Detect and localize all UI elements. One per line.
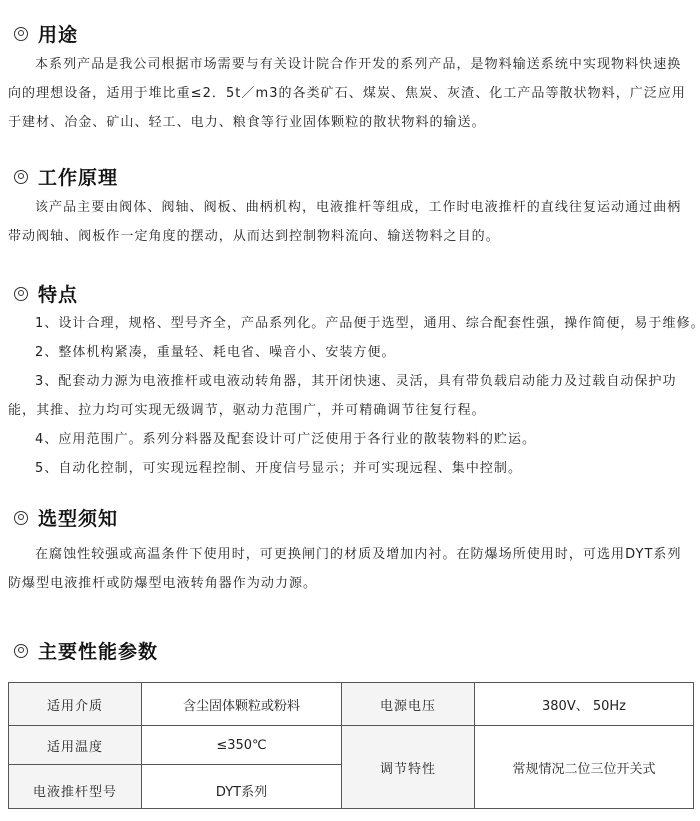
feature-item-4: 4、应用范围广。系列分料器及配套设计可广泛使用于各行业的散装物料的贮运。 — [35, 430, 536, 450]
medium-label: 适用介质 — [9, 683, 142, 726]
temperature-value: ≤350℃ — [142, 726, 342, 765]
voltage-label: 电源电压 — [342, 683, 475, 726]
selection-paragraph: 在腐蚀性较强或高温条件下使用时，可更换闸门的材质及增加内衬。在防爆场所使用时，可… — [8, 540, 692, 598]
section-title-usage: 用途 — [38, 20, 78, 47]
double-circle-icon — [14, 644, 28, 658]
principle-paragraph: 该产品主要由阀体、阀轴、阀板、曲柄机构，电液推杆等组成，工作时电液推杆的直线往复… — [8, 193, 692, 251]
section-title-selection: 选型须知 — [38, 504, 118, 531]
double-circle-icon — [14, 27, 28, 41]
double-circle-icon — [14, 170, 28, 184]
regulation-label: 调节特性 — [342, 726, 475, 809]
section-heading-selection: 选型须知 — [14, 504, 118, 531]
section-title-principle: 工作原理 — [38, 163, 118, 190]
feature-item-1: 1、设计合理，规格、型号齐全，产品系列化。产品便于选型，通用、综合配套性强，操作… — [35, 314, 700, 334]
double-circle-icon — [14, 287, 28, 301]
double-circle-icon — [14, 511, 28, 525]
feature-item-2: 2、整体机构紧凑，重量轻、耗电省、噪音小、安装方便。 — [35, 343, 396, 363]
feature-item-5: 5、自动化控制，可实现远程控制、开度信号显示；并可实现远程、集中控制。 — [35, 459, 522, 479]
table-row: 适用介质 含尘固体颗粒或粉料 电源电压 380V、 50Hz — [9, 683, 694, 726]
section-heading-features: 特点 — [14, 280, 78, 307]
regulation-value: 常规情况二位三位开关式 — [475, 726, 694, 809]
table-row: 适用温度 ≤350℃ 调节特性 常规情况二位三位开关式 — [9, 726, 694, 765]
usage-paragraph: 本系列产品是我公司根据市场需要与有关设计院合作开发的系列产品，是物料输送系统中实… — [8, 50, 692, 137]
section-title-parameters: 主要性能参数 — [38, 637, 158, 664]
voltage-value: 380V、 50Hz — [475, 683, 694, 726]
section-title-features: 特点 — [38, 280, 78, 307]
section-heading-parameters: 主要性能参数 — [14, 637, 158, 664]
feature-item-3: 3、配套动力源为电液推杆或电液动转角器，其开闭快速、灵活，具有带负载启动能力及过… — [8, 367, 692, 425]
section-heading-principle: 工作原理 — [14, 163, 118, 190]
section-heading-usage: 用途 — [14, 20, 78, 47]
actuator-value: DYT系列 — [142, 765, 342, 809]
actuator-label: 电液推杆型号 — [9, 765, 142, 809]
temperature-label: 适用温度 — [9, 726, 142, 765]
parameters-table: 适用介质 含尘固体颗粒或粉料 电源电压 380V、 50Hz 适用温度 ≤350… — [8, 682, 694, 809]
medium-value: 含尘固体颗粒或粉料 — [142, 683, 342, 726]
